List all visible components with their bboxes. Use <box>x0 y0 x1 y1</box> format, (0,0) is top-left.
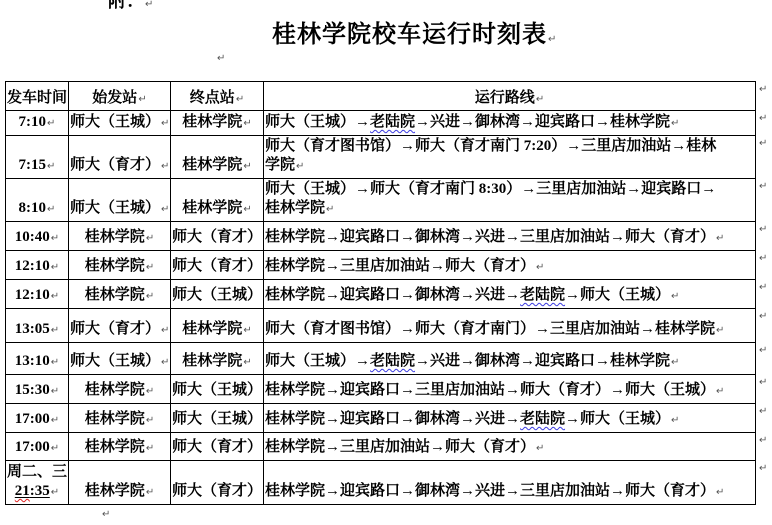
text-segment: 桂林学院 <box>182 200 242 216</box>
text-segment: 17:00 <box>15 439 50 455</box>
text-segment: 老陆院 <box>370 114 415 130</box>
table-row: 17:00↵桂林学院↵师大（育才）↵桂林学院→三里店加油站→师大（育才）↵ <box>6 433 756 461</box>
row-end-paragraph-mark-icon: ↵ <box>759 377 767 388</box>
document-title: 桂林学院校车运行时刻表↵ <box>272 14 556 49</box>
text-segment: 桂林学院 <box>182 321 242 337</box>
paragraph-mark-icon: ↵ <box>671 118 679 129</box>
origin-station-cell: 师大（育才）↵ <box>69 136 171 179</box>
route-cell: 师大（育才图书馆）→师大（育才南门）→三里店加油站→桂林学院↵ <box>264 309 756 343</box>
text-segment: 桂林学院 <box>265 200 325 216</box>
paragraph-mark-icon: ↵ <box>146 233 154 244</box>
text-segment: 桂林学院 <box>182 114 242 130</box>
origin-station-cell: 桂林学院↵ <box>69 222 171 251</box>
paragraph-mark-icon: ↵ <box>51 415 59 426</box>
text-segment: 师大（王城） <box>70 200 160 216</box>
paragraph-mark-icon: ↵ <box>716 386 724 397</box>
table-row: 7:10↵师大（王城）↵桂林学院↵师大（王城）→老陆院→兴进→御林湾→迎宾路口→… <box>6 111 756 136</box>
paragraph-mark-icon: ↵ <box>243 204 251 215</box>
word-document-page: 附：↵ 桂林学院校车运行时刻表↵ ↵ 发车时间↵始发站↵终点站↵运行路线↵ 7:… <box>0 0 772 525</box>
route-cell: 桂林学院→迎宾路口→御林湾→兴进→老陆院→师大（王城）↵ <box>264 280 756 309</box>
text-segment: 始发站 <box>92 90 137 106</box>
table-row: 13:05↵师大（育才）↵桂林学院↵师大（育才图书馆）→师大（育才南门）→三里店… <box>6 309 756 343</box>
document-title-text: 桂林学院校车运行时刻表 <box>272 22 547 48</box>
row-end-paragraph-mark-icon: ↵ <box>759 84 767 95</box>
terminal-station-cell: 师大（王城）↵ <box>171 404 264 433</box>
row-end-paragraph-mark-icon: ↵ <box>759 181 767 192</box>
terminal-station-cell: 师大（育才）↵ <box>171 461 264 505</box>
paragraph-mark-icon: ↵ <box>47 161 55 172</box>
table-row: 12:10↵桂林学院↵师大（王城）↵桂林学院→迎宾路口→御林湾→兴进→老陆院→师… <box>6 280 756 309</box>
table-row: 17:00↵桂林学院↵师大（王城）↵桂林学院→迎宾路口→御林湾→兴进→老陆院→师… <box>6 404 756 433</box>
route-cell: 桂林学院→迎宾路口→御林湾→兴进→三里店加油站→师大（育才）↵ <box>264 461 756 505</box>
paragraph-mark-icon: ↵ <box>548 34 556 45</box>
paragraph-mark-icon: ↵ <box>536 262 544 273</box>
paragraph-mark-icon: ↵ <box>243 161 251 172</box>
text-segment: 师大（育才） <box>172 258 262 274</box>
route-cell: 师大（育才图书馆）→师大（育才南门 7:20）→三里店加油站→桂林学院↵ <box>264 136 756 179</box>
paragraph-mark-icon: ↵ <box>536 443 544 454</box>
text-segment: 桂林学院 <box>85 411 145 427</box>
route-cell: 师大（王城）→老陆院→兴进→御林湾→迎宾路口→桂林学院↵ <box>264 343 756 375</box>
paragraph-mark-icon: ↵ <box>145 0 153 10</box>
origin-station-cell: 桂林学院↵ <box>69 375 171 404</box>
paragraph-mark-icon: ↵ <box>47 118 55 129</box>
paragraph-mark-icon: ↵ <box>146 487 154 498</box>
table-row: 周二、三21:35↵桂林学院↵师大（育才）↵桂林学院→迎宾路口→御林湾→兴进→三… <box>6 461 756 505</box>
row-end-paragraph-mark-icon: ↵ <box>759 113 767 124</box>
text-segment: 老陆院 <box>520 411 565 427</box>
text-segment: 老陆院 <box>370 353 415 369</box>
text-segment: 桂林学院 <box>85 287 145 303</box>
text-segment: 桂林学院→三里店加油站→师大（育才） <box>265 439 535 455</box>
misspell-wavy-blue-text: 老陆院 <box>520 411 565 427</box>
paragraph-mark-icon: ↵ <box>161 161 169 172</box>
text-segment: 师大（育才图书馆）→师大（育才南门 7:20）→三里店加油站→桂林 <box>265 138 716 154</box>
paragraph-mark-icon: ↵ <box>51 325 59 336</box>
paragraph-mark-icon: ↵ <box>51 262 59 273</box>
origin-station-cell: 师大（育才）↵ <box>69 309 171 343</box>
text-segment: 师大（王城） <box>172 411 262 427</box>
terminal-station-cell: 师大（育才）↵ <box>171 222 264 251</box>
departure-time-cell: 12:10↵ <box>6 251 69 280</box>
table-row: 8:10↵师大（王城）↵桂林学院↵师大（王城）→师大（育才南门 8:30）→三里… <box>6 179 756 222</box>
misspell-wavy-blue-text: 老陆院 <box>370 353 415 369</box>
text-segment: 桂林学院 <box>85 439 145 455</box>
paragraph-mark-icon: ↵ <box>138 94 146 105</box>
paragraph-mark-icon: ↵ <box>716 325 724 336</box>
terminal-station-cell: 桂林学院↵ <box>171 343 264 375</box>
paragraph-mark-icon: ↵ <box>243 118 251 129</box>
column-header-departure-time: 发车时间↵ <box>6 82 69 111</box>
text-segment: 12:10 <box>15 287 50 303</box>
row-end-paragraph-mark-icon: ↵ <box>759 282 767 293</box>
table-header-row: 发车时间↵始发站↵终点站↵运行路线↵ <box>6 82 756 111</box>
table-row: 10:40↵桂林学院↵师大（育才）↵桂林学院→迎宾路口→御林湾→兴进→三里店加油… <box>6 222 756 251</box>
text-segment: 师大（王城）→ <box>265 353 370 369</box>
route-cell: 桂林学院→迎宾路口→御林湾→兴进→老陆院→师大（王城）↵ <box>264 404 756 433</box>
departure-time-cell: 12:10↵ <box>6 280 69 309</box>
departure-time-cell: 17:00↵ <box>6 433 69 461</box>
misspell-wavy-blue-text: 老陆院 <box>370 114 415 130</box>
table-body: 7:10↵师大（王城）↵桂林学院↵师大（王城）→老陆院→兴进→御林湾→迎宾路口→… <box>6 111 756 505</box>
text-segment: 8:10 <box>19 200 47 216</box>
origin-station-cell: 桂林学院↵ <box>69 280 171 309</box>
paragraph-mark-icon: ↵ <box>161 325 169 336</box>
misspell-wavy-blue-text: 老陆院 <box>520 287 565 303</box>
row-end-paragraph-mark-icon: ↵ <box>759 435 767 446</box>
departure-time-cell: 15:30↵ <box>6 375 69 404</box>
terminal-station-cell: 桂林学院↵ <box>171 136 264 179</box>
column-header-route: 运行路线↵ <box>264 82 756 111</box>
terminal-station-cell: 桂林学院↵ <box>171 111 264 136</box>
text-segment: 运行路线 <box>475 90 535 106</box>
table-row: 15:30↵桂林学院↵师大（王城）↵桂林学院→迎宾路口→三里店加油站→师大（育才… <box>6 375 756 404</box>
paragraph-mark-icon: ↵ <box>51 233 59 244</box>
paragraph-mark-icon: ↵ <box>161 118 169 129</box>
text-segment: 21 <box>15 483 30 499</box>
origin-station-cell: 桂林学院↵ <box>69 461 171 505</box>
below-table-paragraph-mark-icon: ↵ <box>102 509 110 520</box>
terminal-station-cell: 桂林学院↵ <box>171 179 264 222</box>
text-segment: 桂林学院 <box>85 229 145 245</box>
paragraph-mark-icon: ↵ <box>146 415 154 426</box>
paragraph-mark-icon: ↵ <box>326 204 334 215</box>
row-end-paragraph-mark-icon: ↵ <box>759 138 767 149</box>
text-segment: 师大（育才） <box>172 229 262 245</box>
text-segment: 桂林学院→迎宾路口→御林湾→兴进→ <box>265 287 520 303</box>
paragraph-mark-icon: ↵ <box>296 161 304 172</box>
text-segment: 桂林学院→三里店加油站→师大（育才） <box>265 258 535 274</box>
paragraph-mark-icon: ↵ <box>51 386 59 397</box>
departure-time-cell: 13:10↵ <box>6 343 69 375</box>
table-row: 12:10↵桂林学院↵师大（育才）↵桂林学院→三里店加油站→师大（育才）↵ <box>6 251 756 280</box>
text-segment: 师大（育才） <box>70 321 160 337</box>
paragraph-mark-icon: ↵ <box>51 487 59 498</box>
route-cell: 桂林学院→三里店加油站→师大（育才）↵ <box>264 433 756 461</box>
text-segment: →师大（王城） <box>565 287 670 303</box>
origin-station-cell: 师大（王城）↵ <box>69 111 171 136</box>
paragraph-mark-icon: ↵ <box>51 357 59 368</box>
misspell-wavy-red-text: 21 <box>15 483 30 499</box>
text-segment: 桂林学院 <box>85 382 145 398</box>
text-segment: 15:30 <box>15 382 50 398</box>
text-segment: 学院 <box>265 157 295 173</box>
departure-time-cell: 8:10↵ <box>6 179 69 222</box>
empty-paragraph: ↵ <box>216 48 225 66</box>
departure-time-cell: 10:40↵ <box>6 222 69 251</box>
text-segment: 7:10 <box>19 114 47 130</box>
text-segment: 10:40 <box>15 229 50 245</box>
paragraph-mark-icon: ↵ <box>671 357 679 368</box>
text-segment: 周二、三 <box>7 464 67 480</box>
text-segment: 师大（王城）→ <box>265 114 370 130</box>
terminal-station-cell: 师大（育才）↵ <box>171 251 264 280</box>
text-segment: 师大（王城）→师大（育才南门 8:30）→三里店加油站→迎宾路口→ <box>265 181 716 197</box>
paragraph-mark-icon: ↵ <box>671 291 679 302</box>
attachment-label-text: 附： <box>108 0 144 11</box>
text-segment: 师大（育才图书馆）→师大（育才南门）→三里店加油站→桂林学院 <box>265 321 715 337</box>
text-segment: 12:10 <box>15 258 50 274</box>
text-segment: 师大（育才） <box>172 483 262 499</box>
text-segment: 师大（王城） <box>70 353 160 369</box>
text-segment: 桂林学院 <box>182 353 242 369</box>
text-segment: 师大（育才） <box>70 157 160 173</box>
paragraph-mark-icon: ↵ <box>217 53 225 64</box>
row-end-paragraph-mark-icon: ↵ <box>759 406 767 417</box>
text-segment: →兴进→御林湾→迎宾路口→桂林学院 <box>415 353 670 369</box>
row-end-paragraph-mark-icon: ↵ <box>759 224 767 235</box>
route-cell: 桂林学院→迎宾路口→三里店加油站→师大（育才）→师大（王城）↵ <box>264 375 756 404</box>
text-segment: :35 <box>30 483 50 499</box>
text-segment: 师大（育才） <box>172 439 262 455</box>
text-segment: →师大（王城） <box>565 411 670 427</box>
departure-time-cell: 13:05↵ <box>6 309 69 343</box>
row-end-paragraph-mark-icon: ↵ <box>759 253 767 264</box>
column-header-origin-station: 始发站↵ <box>69 82 171 111</box>
paragraph-mark-icon: ↵ <box>146 262 154 273</box>
table-row: 13:10↵师大（王城）↵桂林学院↵师大（王城）→老陆院→兴进→御林湾→迎宾路口… <box>6 343 756 375</box>
paragraph-mark-icon: ↵ <box>146 386 154 397</box>
departure-time-cell: 7:10↵ <box>6 111 69 136</box>
text-segment: 桂林学院 <box>85 258 145 274</box>
paragraph-mark-icon: ↵ <box>161 204 169 215</box>
text-segment: 桂林学院→迎宾路口→御林湾→兴进→三里店加油站→师大（育才） <box>265 229 715 245</box>
row-end-paragraph-mark-icon: ↵ <box>759 311 767 322</box>
terminal-station-cell: 师大（育才）↵ <box>171 433 264 461</box>
paragraph-mark-icon: ↵ <box>161 357 169 368</box>
text-segment: 师大（王城） <box>70 114 160 130</box>
paragraph-mark-icon: ↵ <box>47 204 55 215</box>
origin-station-cell: 桂林学院↵ <box>69 404 171 433</box>
text-segment: 桂林学院 <box>182 157 242 173</box>
paragraph-mark-icon: ↵ <box>236 94 244 105</box>
table-header: 发车时间↵始发站↵终点站↵运行路线↵ <box>6 82 756 111</box>
paragraph-mark-icon: ↵ <box>146 291 154 302</box>
route-cell: 师大（王城）→老陆院→兴进→御林湾→迎宾路口→桂林学院↵ <box>264 111 756 136</box>
departure-time-cell: 17:00↵ <box>6 404 69 433</box>
text-segment: 桂林学院→迎宾路口→御林湾→兴进→三里店加油站→师大（育才） <box>265 483 715 499</box>
text-segment: 桂林学院 <box>85 483 145 499</box>
text-segment: 师大（王城） <box>172 382 262 398</box>
route-cell: 桂林学院→三里店加油站→师大（育才）↵ <box>264 251 756 280</box>
attachment-label: 附：↵ <box>108 0 153 13</box>
origin-station-cell: 师大（王城）↵ <box>69 179 171 222</box>
paragraph-mark-icon: ↵ <box>146 443 154 454</box>
origin-station-cell: 桂林学院↵ <box>69 251 171 280</box>
paragraph-mark-icon: ↵ <box>51 443 59 454</box>
text-segment: 7:15 <box>19 157 47 173</box>
text-segment: 13:05 <box>15 321 50 337</box>
text-segment: 桂林学院→迎宾路口→三里店加油站→师大（育才）→师大（王城） <box>265 382 715 398</box>
row-end-paragraph-mark-icon: ↵ <box>759 463 767 474</box>
paragraph-mark-icon: ↵ <box>243 357 251 368</box>
table-row: 7:15↵师大（育才）↵桂林学院↵师大（育才图书馆）→师大（育才南门 7:20）… <box>6 136 756 179</box>
paragraph-mark-icon: ↵ <box>51 291 59 302</box>
departure-time-cell: 周二、三21:35↵ <box>6 461 69 505</box>
text-segment: 老陆院 <box>520 287 565 303</box>
paragraph-mark-icon: ↵ <box>536 94 544 105</box>
departure-time-cell: 7:15↵ <box>6 136 69 179</box>
text-segment: 13:10 <box>15 353 50 369</box>
text-segment: 师大（王城） <box>172 287 262 303</box>
text-segment: 桂林学院→迎宾路口→御林湾→兴进→ <box>265 411 520 427</box>
text-segment: →兴进→御林湾→迎宾路口→桂林学院 <box>415 114 670 130</box>
column-header-terminal-station: 终点站↵ <box>171 82 264 111</box>
route-cell: 师大（王城）→师大（育才南门 8:30）→三里店加油站→迎宾路口→桂林学院↵ <box>264 179 756 222</box>
route-cell: 桂林学院→迎宾路口→御林湾→兴进→三里店加油站→师大（育才）↵ <box>264 222 756 251</box>
bus-schedule-table-wrap: 发车时间↵始发站↵终点站↵运行路线↵ 7:10↵师大（王城）↵桂林学院↵师大（王… <box>5 81 767 505</box>
paragraph-mark-icon: ↵ <box>671 415 679 426</box>
text-segment: 发车时间 <box>7 90 67 106</box>
origin-station-cell: 桂林学院↵ <box>69 433 171 461</box>
paragraph-mark-icon: ↵ <box>716 233 724 244</box>
paragraph-mark-icon: ↵ <box>716 487 724 498</box>
bus-schedule-table: 发车时间↵始发站↵终点站↵运行路线↵ 7:10↵师大（王城）↵桂林学院↵师大（王… <box>5 81 756 505</box>
row-end-paragraph-mark-icon: ↵ <box>759 345 767 356</box>
paragraph-mark-icon: ↵ <box>243 325 251 336</box>
text-segment: 17:00 <box>15 411 50 427</box>
terminal-station-cell: 桂林学院↵ <box>171 309 264 343</box>
origin-station-cell: 师大（王城）↵ <box>69 343 171 375</box>
terminal-station-cell: 师大（王城）↵ <box>171 280 264 309</box>
terminal-station-cell: 师大（王城）↵ <box>171 375 264 404</box>
text-segment: 终点站 <box>190 90 235 106</box>
